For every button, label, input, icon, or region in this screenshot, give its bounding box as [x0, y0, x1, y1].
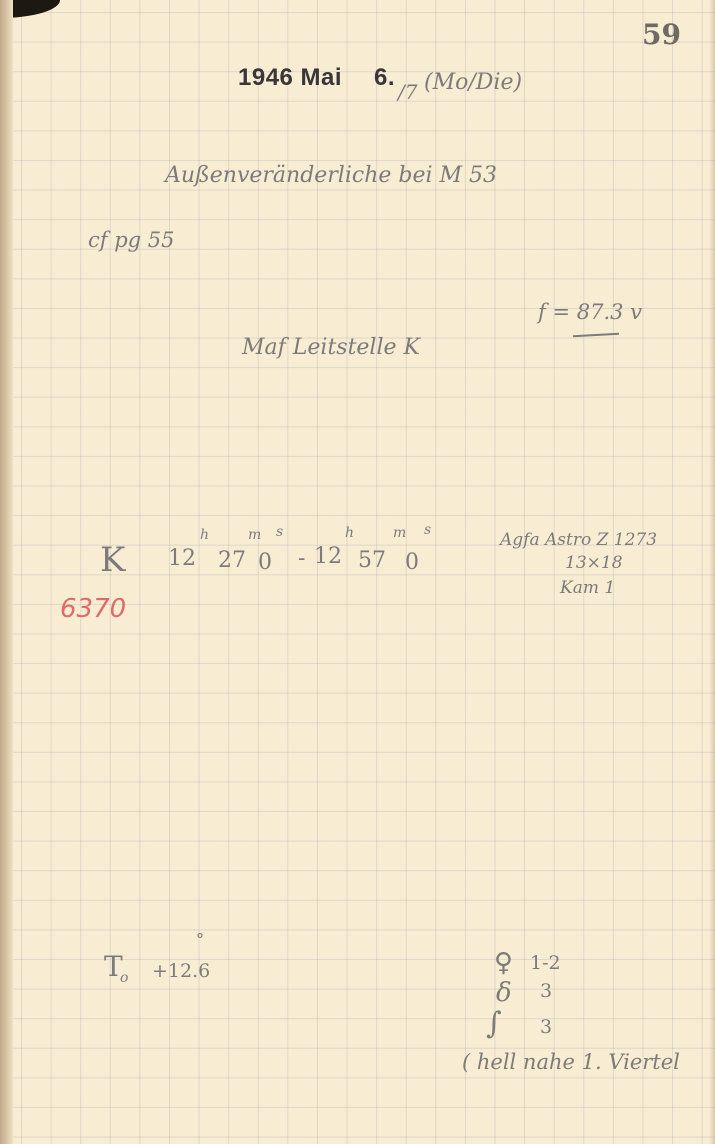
title-note: Außenveränderliche bei M 53 — [165, 163, 497, 188]
unit-hours-1: h — [200, 527, 209, 543]
weekday-note: (Mo/Die) — [424, 70, 522, 95]
focal-length: f = 87.3 v — [538, 300, 642, 324]
camera: Kam 1 — [560, 578, 615, 598]
subject-note: Maf Leitstelle K — [242, 335, 420, 360]
start-seconds: 0 — [258, 550, 272, 575]
page-number: 59 — [642, 18, 681, 51]
notebook-page: 59 1946 Mai 6. /7 (Mo/Die) Außenveränder… — [0, 0, 715, 1144]
seeing-icon: ♀ — [494, 948, 513, 978]
day-stamp: 6. — [374, 64, 395, 92]
plate-number-red: 6370 — [60, 594, 126, 624]
degree-mark: ° — [196, 930, 204, 949]
year-month-stamp: 1946 Mai — [238, 64, 342, 92]
start-hours: 12 — [168, 546, 196, 571]
day-handwritten: /7 — [398, 80, 417, 104]
sky-icon: ∫ — [486, 1006, 502, 1041]
range-separator: - — [298, 546, 305, 571]
temperature-value: +12.6 — [152, 960, 210, 982]
transparency-value: 3 — [540, 980, 552, 1002]
seeing-value: 1-2 — [530, 952, 561, 974]
unit-seconds-1: s — [276, 524, 283, 540]
page-right-edge — [709, 0, 715, 1144]
end-hours: 12 — [314, 544, 342, 569]
observation-label: K — [100, 540, 125, 580]
end-seconds: 0 — [405, 550, 419, 575]
start-minutes: 27 — [218, 548, 246, 573]
unit-minutes-1: m — [248, 527, 261, 543]
moon-note: ( hell nahe 1. Viertel — [462, 1050, 680, 1074]
cross-reference: cf pg 55 — [88, 228, 175, 252]
unit-minutes-2: m — [393, 525, 406, 541]
plate-type: Agfa Astro Z 1273 — [500, 530, 657, 550]
notebook-spine — [0, 0, 13, 1144]
unit-hours-2: h — [345, 525, 354, 541]
end-minutes: 57 — [358, 548, 386, 573]
sky-value: 3 — [540, 1016, 552, 1038]
focal-length-underline — [573, 333, 619, 337]
plate-size: 13×18 — [565, 553, 623, 573]
unit-seconds-2: s — [424, 522, 431, 538]
transparency-icon: δ — [496, 978, 512, 1008]
temperature-subscript: o — [120, 970, 128, 986]
